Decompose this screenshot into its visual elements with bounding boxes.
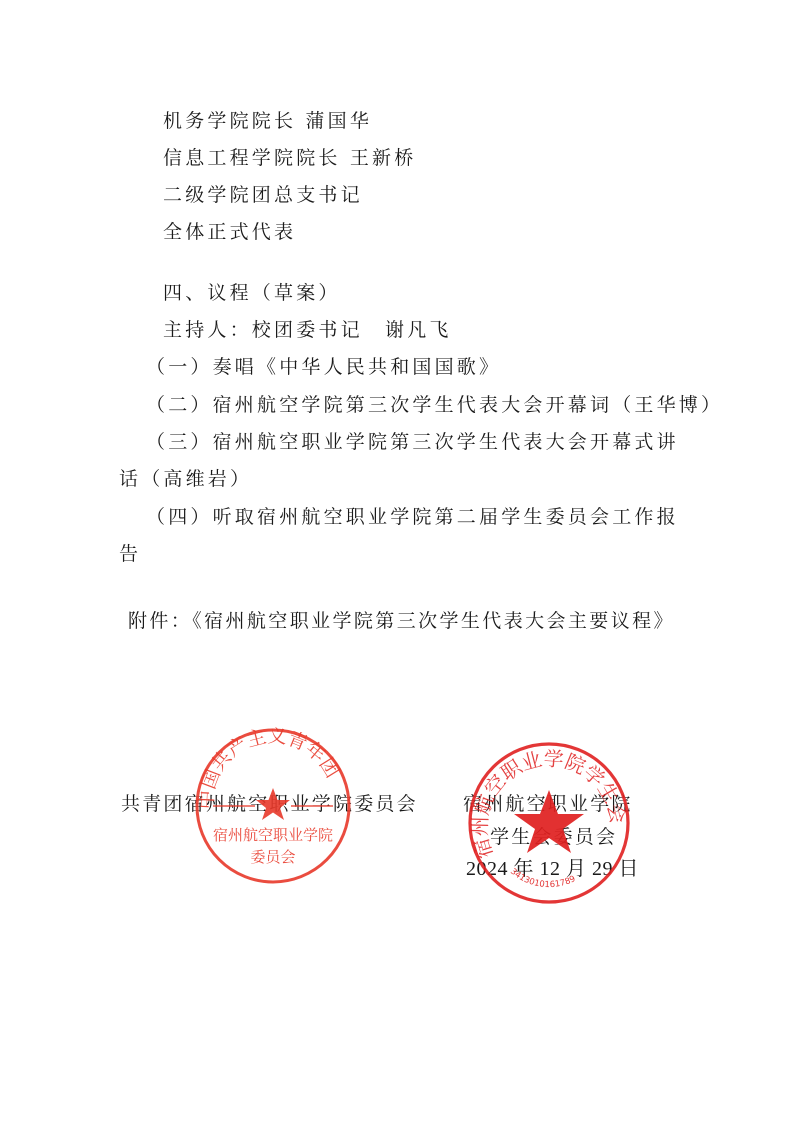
agenda-item-continued: 告 [119, 542, 141, 566]
agenda-item: （四）听取宿州航空职业学院第二届学生委员会工作报 [146, 505, 679, 529]
attachment-note: 附件：《宿州航空职业学院第三次学生代表大会主要议程》 [128, 609, 675, 633]
seal-code: 3413010161789 [508, 867, 577, 890]
agenda-item-continued: 话（高维岩） [119, 467, 252, 491]
agenda-heading: 四、议程（草案） [163, 281, 341, 305]
official-seal-student-union: 宿州航空职业学院学生会 3413010161789 [466, 740, 632, 906]
star-icon [256, 788, 290, 820]
agenda-item: （三）宿州航空职业学院第三次学生代表大会开幕式讲 [146, 430, 679, 454]
attendee-line: 机务学院院长 蒲国华 [163, 109, 372, 133]
agenda-item: （一）奏唱《中华人民共和国国歌》 [146, 355, 501, 379]
seal-center-line1: 宿州航空职业学院 [213, 826, 333, 844]
svg-text:3413010161789: 3413010161789 [508, 867, 577, 890]
agenda-item: （二）宿州航空学院第三次学生代表大会开幕词（王华博） [146, 393, 723, 417]
attendee-line: 二级学院团总支书记 [163, 183, 363, 207]
attendee-line: 信息工程学院院长 王新桥 [163, 146, 416, 170]
attendee-line: 全体正式代表 [163, 220, 296, 244]
seal-center-line2: 委员会 [250, 848, 295, 866]
agenda-host: 主持人：校团委书记 谢凡飞 [163, 318, 452, 342]
official-seal-league-committee: 中国共产主义青年团 宿州航空职业学院 委员会 [193, 726, 353, 886]
star-icon [514, 790, 584, 853]
